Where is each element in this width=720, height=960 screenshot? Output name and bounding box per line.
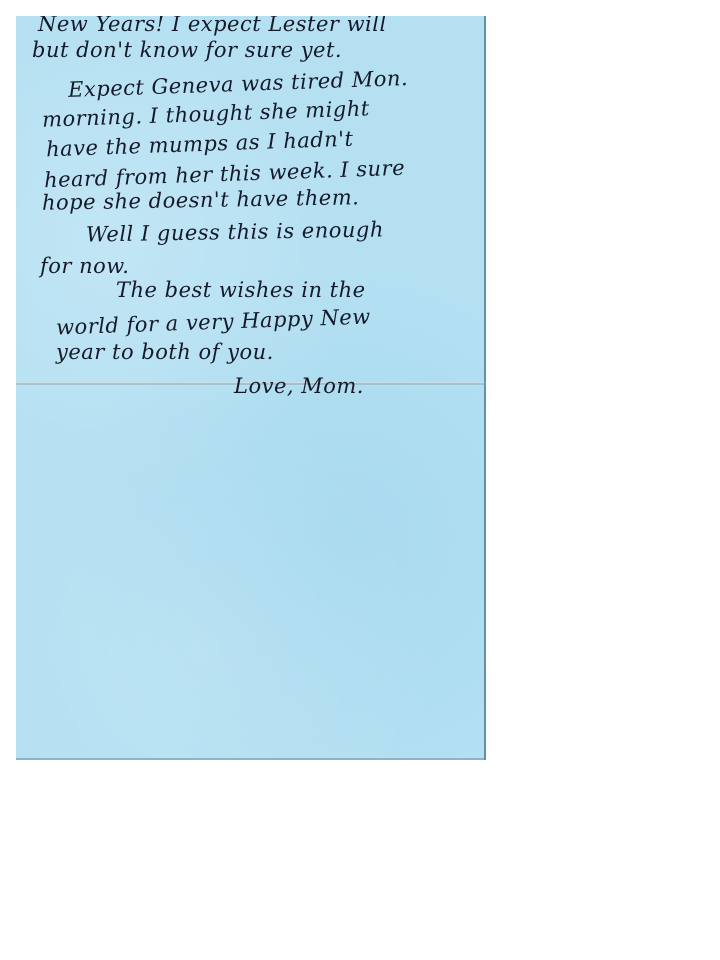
letter-line: year to both of you. xyxy=(56,340,274,364)
letter-line: The best wishes in the xyxy=(116,278,366,302)
letter-page: New Years! I expect Lester will but don'… xyxy=(16,16,486,760)
letter-line: morning. I thought she might xyxy=(42,96,370,131)
letter-line: have the mumps as I hadn't xyxy=(46,127,354,162)
letter-line: hope she doesn't have them. xyxy=(42,185,360,215)
letter-line: but don't know for sure yet. xyxy=(32,38,342,62)
letter-line: for now. xyxy=(40,254,129,278)
letter-line: Well I guess this is enough xyxy=(86,217,384,246)
letter-closing: Love, Mom. xyxy=(234,374,364,398)
letter-line: world for a very Happy New xyxy=(56,305,371,340)
letter-line: New Years! I expect Lester will xyxy=(38,16,387,36)
